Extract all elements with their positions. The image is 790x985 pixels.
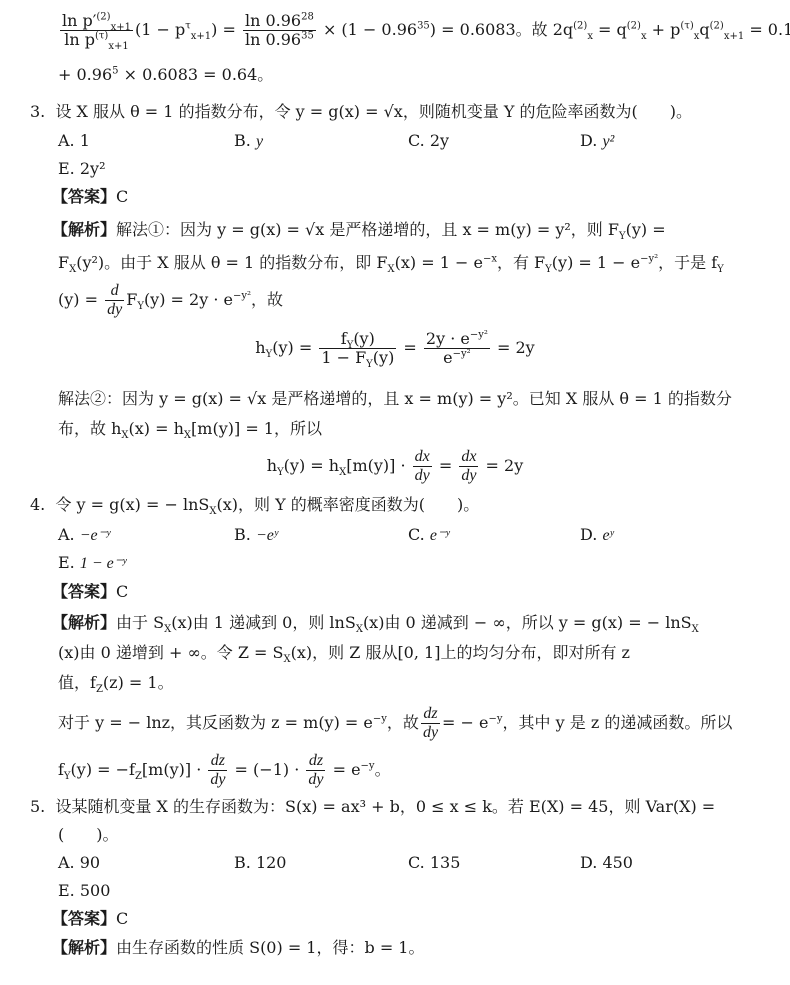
- fraction-ln-096: ln 0.9628 ln 0.9635: [243, 12, 316, 49]
- q3-stem-text: 设 X 服从 θ = 1 的指数分布，令 y = g(x) = √x，则随机变量…: [55, 102, 692, 121]
- q4-answer: 【答案】C: [52, 581, 128, 603]
- q4-option-a: A. −e⁻ʸ: [58, 524, 110, 547]
- q5-number: 5.: [30, 797, 45, 816]
- q3-option-c: C. 2y: [408, 130, 449, 152]
- q5-analysis: 【解析】由生存函数的性质 S(0) = 1，得：b = 1。: [52, 937, 425, 959]
- q3-method2-line1: 解法②：因为 y = g(x) = √x 是严格递增的，且 x = m(y) =…: [58, 388, 732, 410]
- q3-analysis-line1: 【解析】解法①：因为 y = g(x) = √x 是严格递增的，且 x = m(…: [52, 219, 666, 241]
- q4-analysis-line4: 对于 y = − lnz，其反函数为 z = m(y) = e−y，故dzdy=…: [58, 705, 732, 742]
- q3-option-b: B. y: [234, 130, 263, 153]
- q5-option-a: A. 90: [58, 852, 100, 874]
- q3-option-a: A. 1: [58, 130, 90, 152]
- q4-stem: 4. 令 y = g(x) = − lnSX(x)，则 Y 的概率密度函数为( …: [30, 494, 479, 516]
- q5-option-d: D. 450: [580, 852, 633, 874]
- q4-option-c: C. e⁻ʸ: [408, 524, 449, 547]
- q3-option-d: D. y²: [580, 130, 614, 153]
- q5-stem: 5. 设某随机变量 X 的生存函数为：S(x) = ax³ + b，0 ≤ x …: [30, 796, 715, 818]
- q4-analysis-line1: 【解析】由于 SX(x)由 1 递减到 0，则 lnSX(x)由 0 递减到 −…: [52, 612, 699, 634]
- q3-option-e: E. 2y²: [58, 158, 106, 180]
- q3-method2-formula: hY(y) = hX[m(y)] · dxdy = dxdy = 2y: [0, 446, 790, 486]
- q5-option-c: C. 135: [408, 852, 460, 874]
- q3-stem: 3. 设 X 服从 θ = 1 的指数分布，令 y = g(x) = √x，则随…: [30, 101, 692, 123]
- q5-answer: 【答案】C: [52, 908, 128, 930]
- q5-stem-line2: ( )。: [58, 824, 119, 846]
- q4-analysis-line3: 值，fZ(z) = 1。: [58, 672, 174, 694]
- q3-analysis-line3: (y) = ddyFY(y) = 2y · e−y²，故: [58, 282, 283, 319]
- q4-option-d: D. eʸ: [580, 524, 614, 547]
- q4-analysis-line2: (x)由 0 递增到 + ∞。令 Z = SX(x)，则 Z 服从[0, 1]上…: [58, 642, 630, 664]
- q4-number: 4.: [30, 495, 45, 514]
- top-formula-line2: + 0.965 × 0.6083 = 0.64。: [58, 64, 273, 86]
- q5-option-b: B. 120: [234, 852, 286, 874]
- q4-final-formula: fY(y) = −fZ[m(y)] · dzdy = (−1) · dzdy =…: [58, 750, 391, 790]
- fraction-ln-p-prime: ln p′(2)x+1 ln p(τ)x+1: [60, 12, 133, 49]
- q4-option-b: B. −eʸ: [234, 524, 278, 547]
- top-formula-line1: ln p′(2)x+1 ln p(τ)x+1 (1 − pτx+1) = ln …: [58, 8, 790, 52]
- q3-hazard-formula: hY(y) = fY(y)1 − FY(y) = 2y · e−y²e−y² =…: [0, 328, 790, 368]
- q5-option-e: E. 500: [58, 880, 110, 902]
- q4-option-e: E. 1 − e⁻ʸ: [58, 552, 126, 575]
- q3-number: 3.: [30, 102, 45, 121]
- q3-method2-line2: 布，故 hX(x) = hX[m(y)] = 1，所以: [58, 418, 322, 440]
- q3-answer: 【答案】C: [52, 186, 128, 208]
- q3-analysis-line2: FX(y²)。由于 X 服从 θ = 1 的指数分布，即 FX(x) = 1 −…: [58, 252, 724, 274]
